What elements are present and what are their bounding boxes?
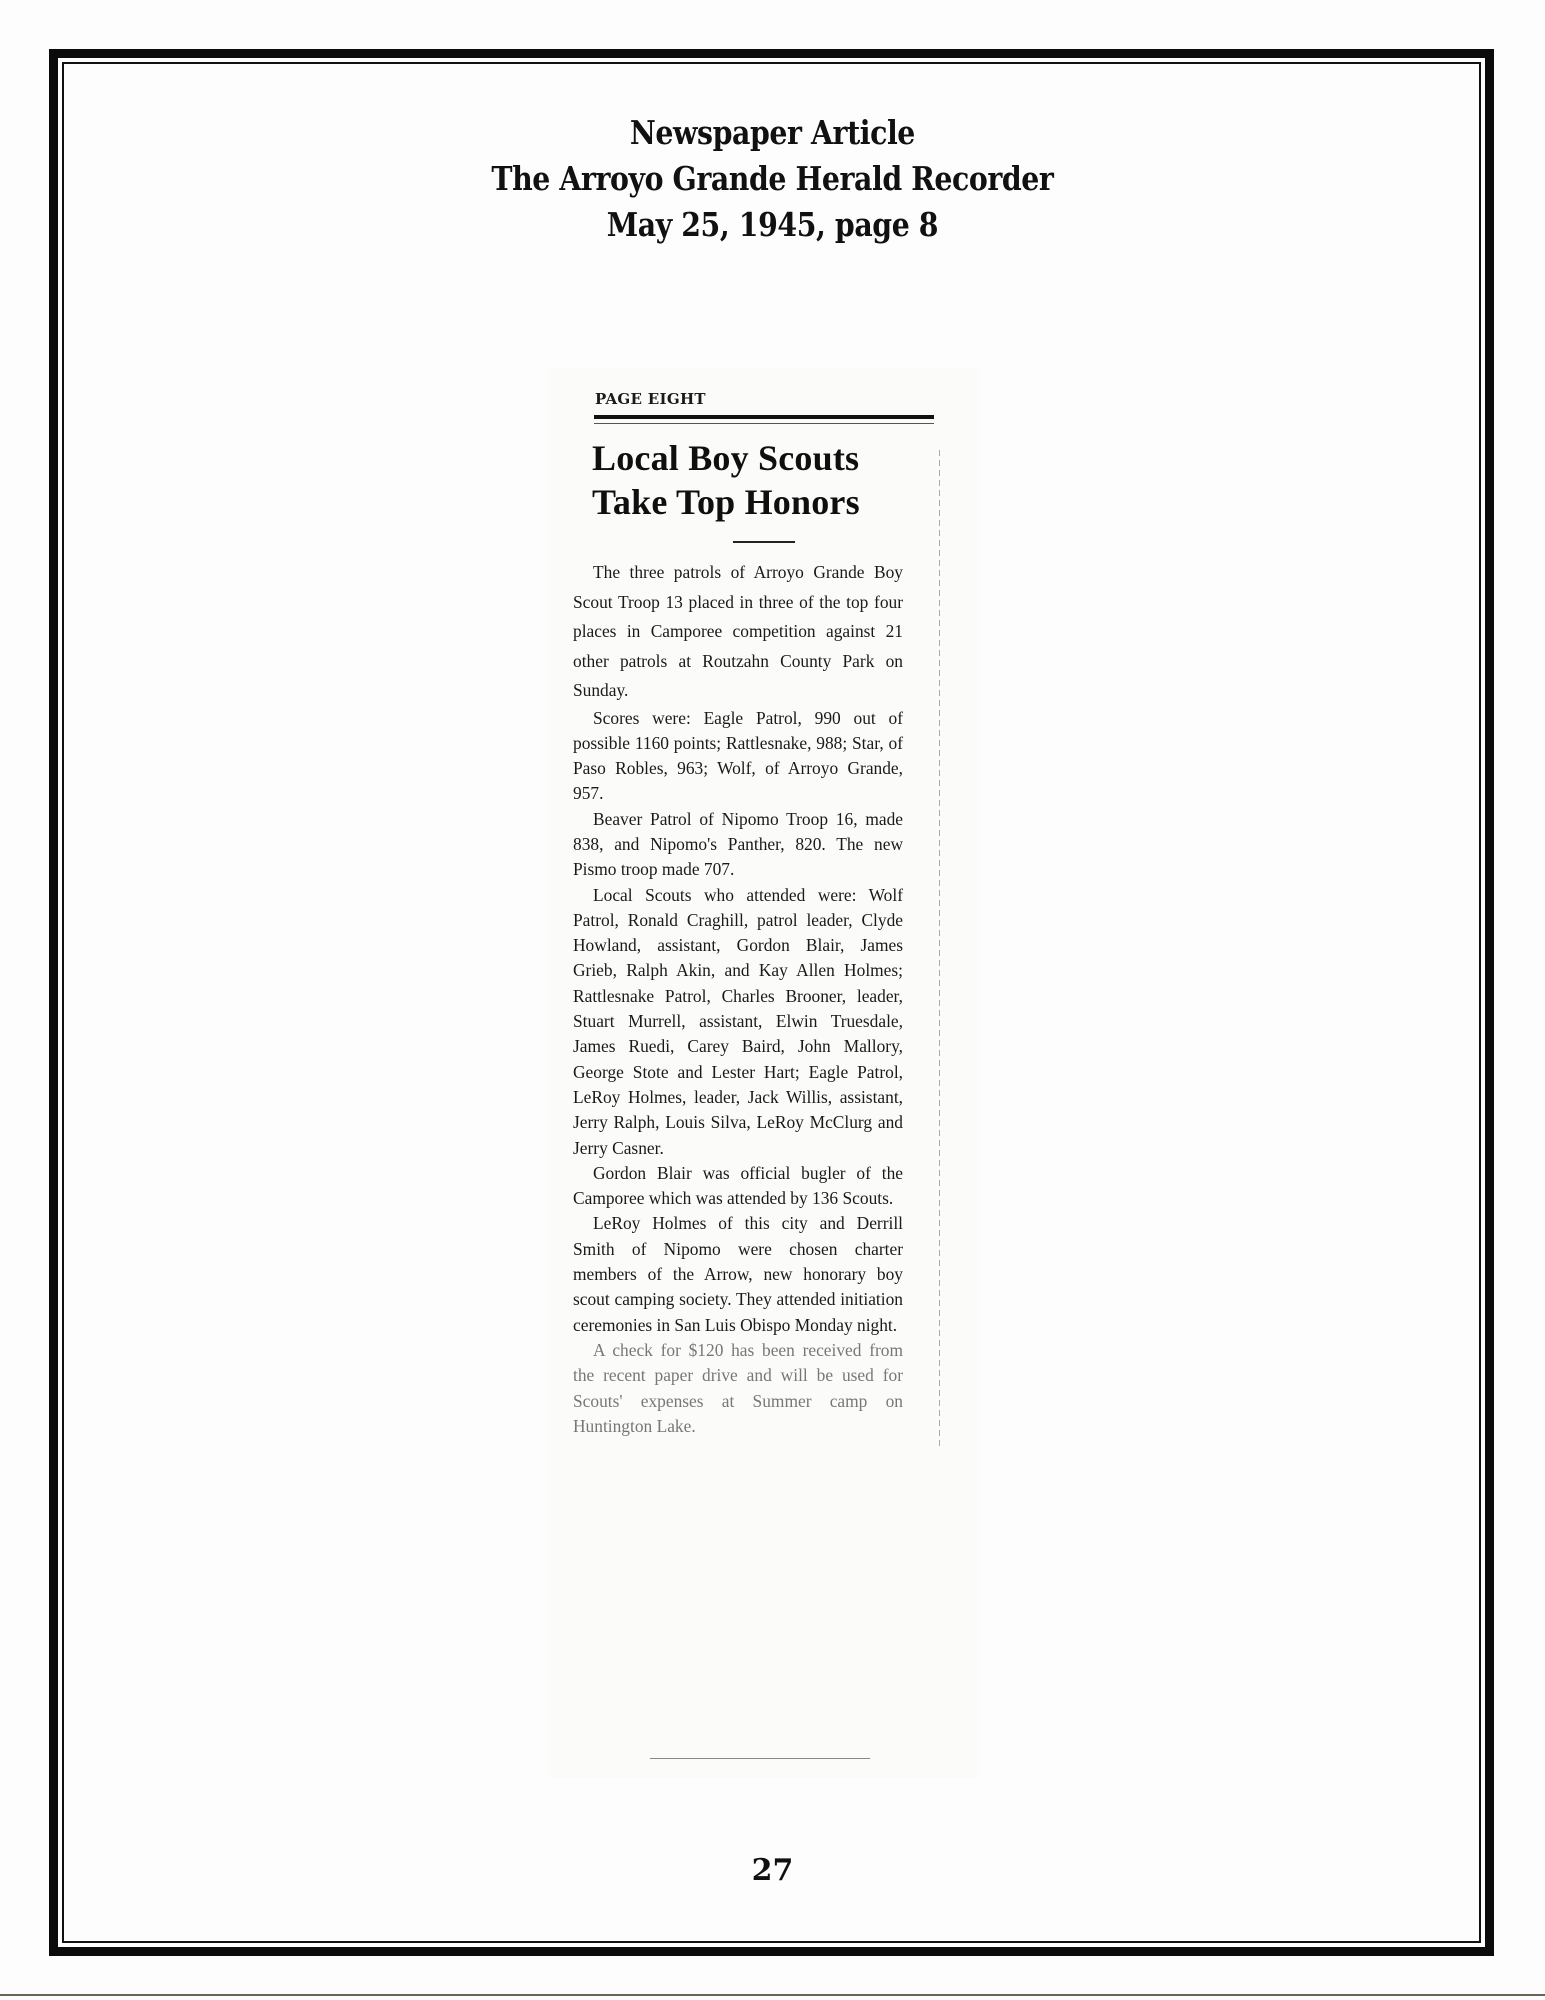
masthead-rule-thin: [594, 423, 934, 424]
article-paragraph: Gordon Blair was official bugler of the …: [573, 1161, 903, 1212]
headline-line-1: Local Boy Scouts: [592, 436, 932, 480]
article-paragraph: The three patrols of Arroyo Grande Boy S…: [573, 558, 903, 706]
article-paragraph: Scores were: Eagle Patrol, 990 out of po…: [573, 706, 903, 807]
masthead-rule: [594, 415, 934, 419]
column-divider: [939, 450, 940, 1450]
headline-separator: [733, 541, 795, 543]
scan-edge: [0, 1994, 1545, 1996]
document-header: Newspaper Article The Arroyo Grande Hera…: [108, 110, 1437, 248]
article-paragraph: A check for $120 has been received from …: [573, 1338, 903, 1439]
header-newspaper-name: The Arroyo Grande Herald Recorder: [108, 156, 1437, 202]
clipping-page-label: PAGE EIGHT: [595, 390, 706, 408]
article-paragraph: Beaver Patrol of Nipomo Troop 16, made 8…: [573, 807, 903, 883]
article-headline: Local Boy Scouts Take Top Honors: [592, 436, 932, 524]
header-date: May 25, 1945, page 8: [108, 202, 1437, 248]
article-body: The three patrols of Arroyo Grande Boy S…: [573, 558, 903, 1439]
page-number: 27: [0, 1853, 1545, 1888]
article-end-rule: [650, 1758, 870, 1759]
article-paragraph: LeRoy Holmes of this city and Derrill Sm…: [573, 1211, 903, 1337]
header-title: Newspaper Article: [108, 110, 1437, 156]
newspaper-clipping: PAGE EIGHT Local Boy Scouts Take Top Hon…: [548, 368, 980, 1778]
headline-line-2: Take Top Honors: [592, 480, 932, 524]
article-paragraph: Local Scouts who attended were: Wolf Pat…: [573, 883, 903, 1161]
